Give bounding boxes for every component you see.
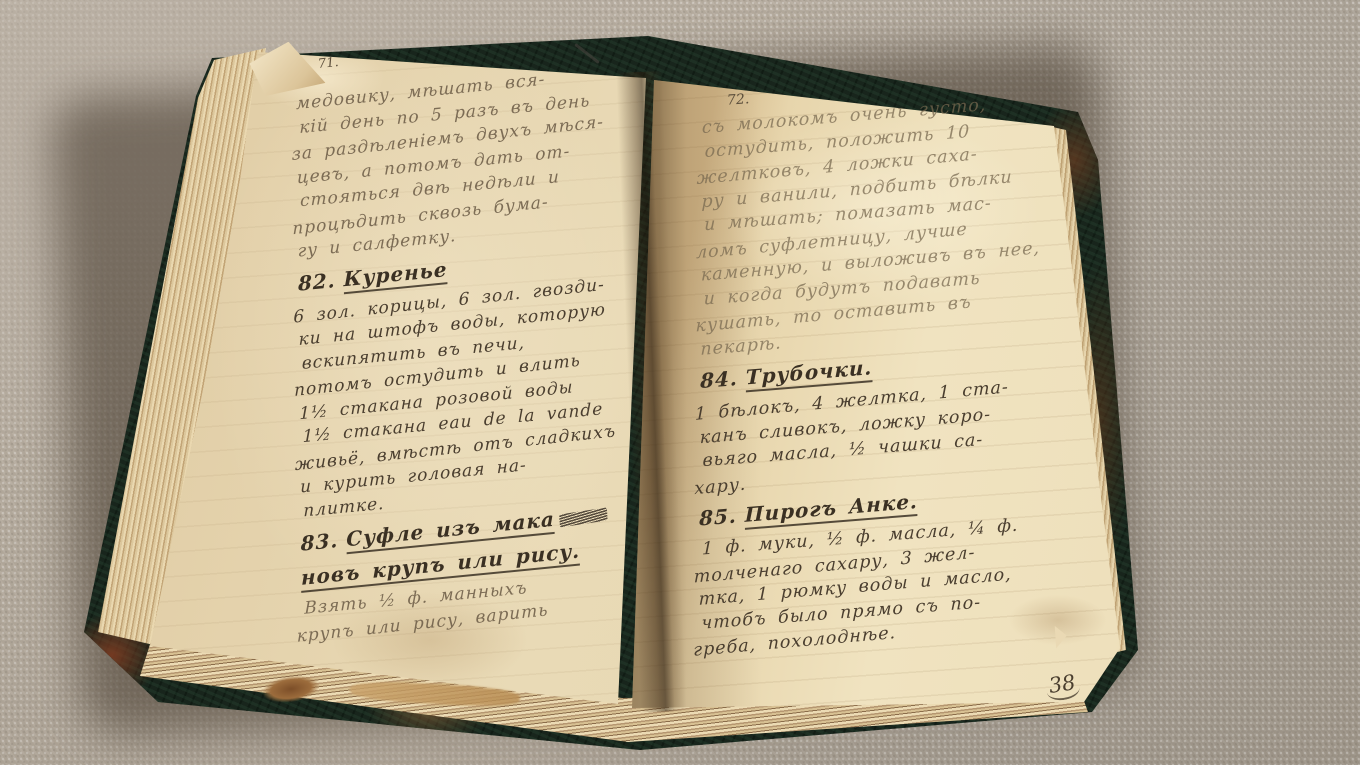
left-page-text: медовику, мѣшать вся- кій день по 5 разъ… — [296, 59, 640, 647]
left-page-number: 71. — [317, 55, 339, 72]
recipe-title: Трубочки. — [746, 355, 873, 392]
recipe-number: 84. — [700, 366, 738, 393]
ink-scribble — [559, 507, 607, 527]
right-page-number: 72. — [726, 91, 749, 109]
recipe-number: 85. — [699, 503, 737, 530]
right-page-text: съ молокомъ очень густо, остудить, полож… — [698, 86, 1071, 661]
recipe-title: Куренье — [343, 257, 447, 294]
photo-scene: 71. 72. медовику, мѣшать вся- кій день п… — [0, 0, 1360, 765]
recipe-number: 83. — [301, 528, 339, 556]
recipe-number: 82. — [298, 267, 336, 295]
